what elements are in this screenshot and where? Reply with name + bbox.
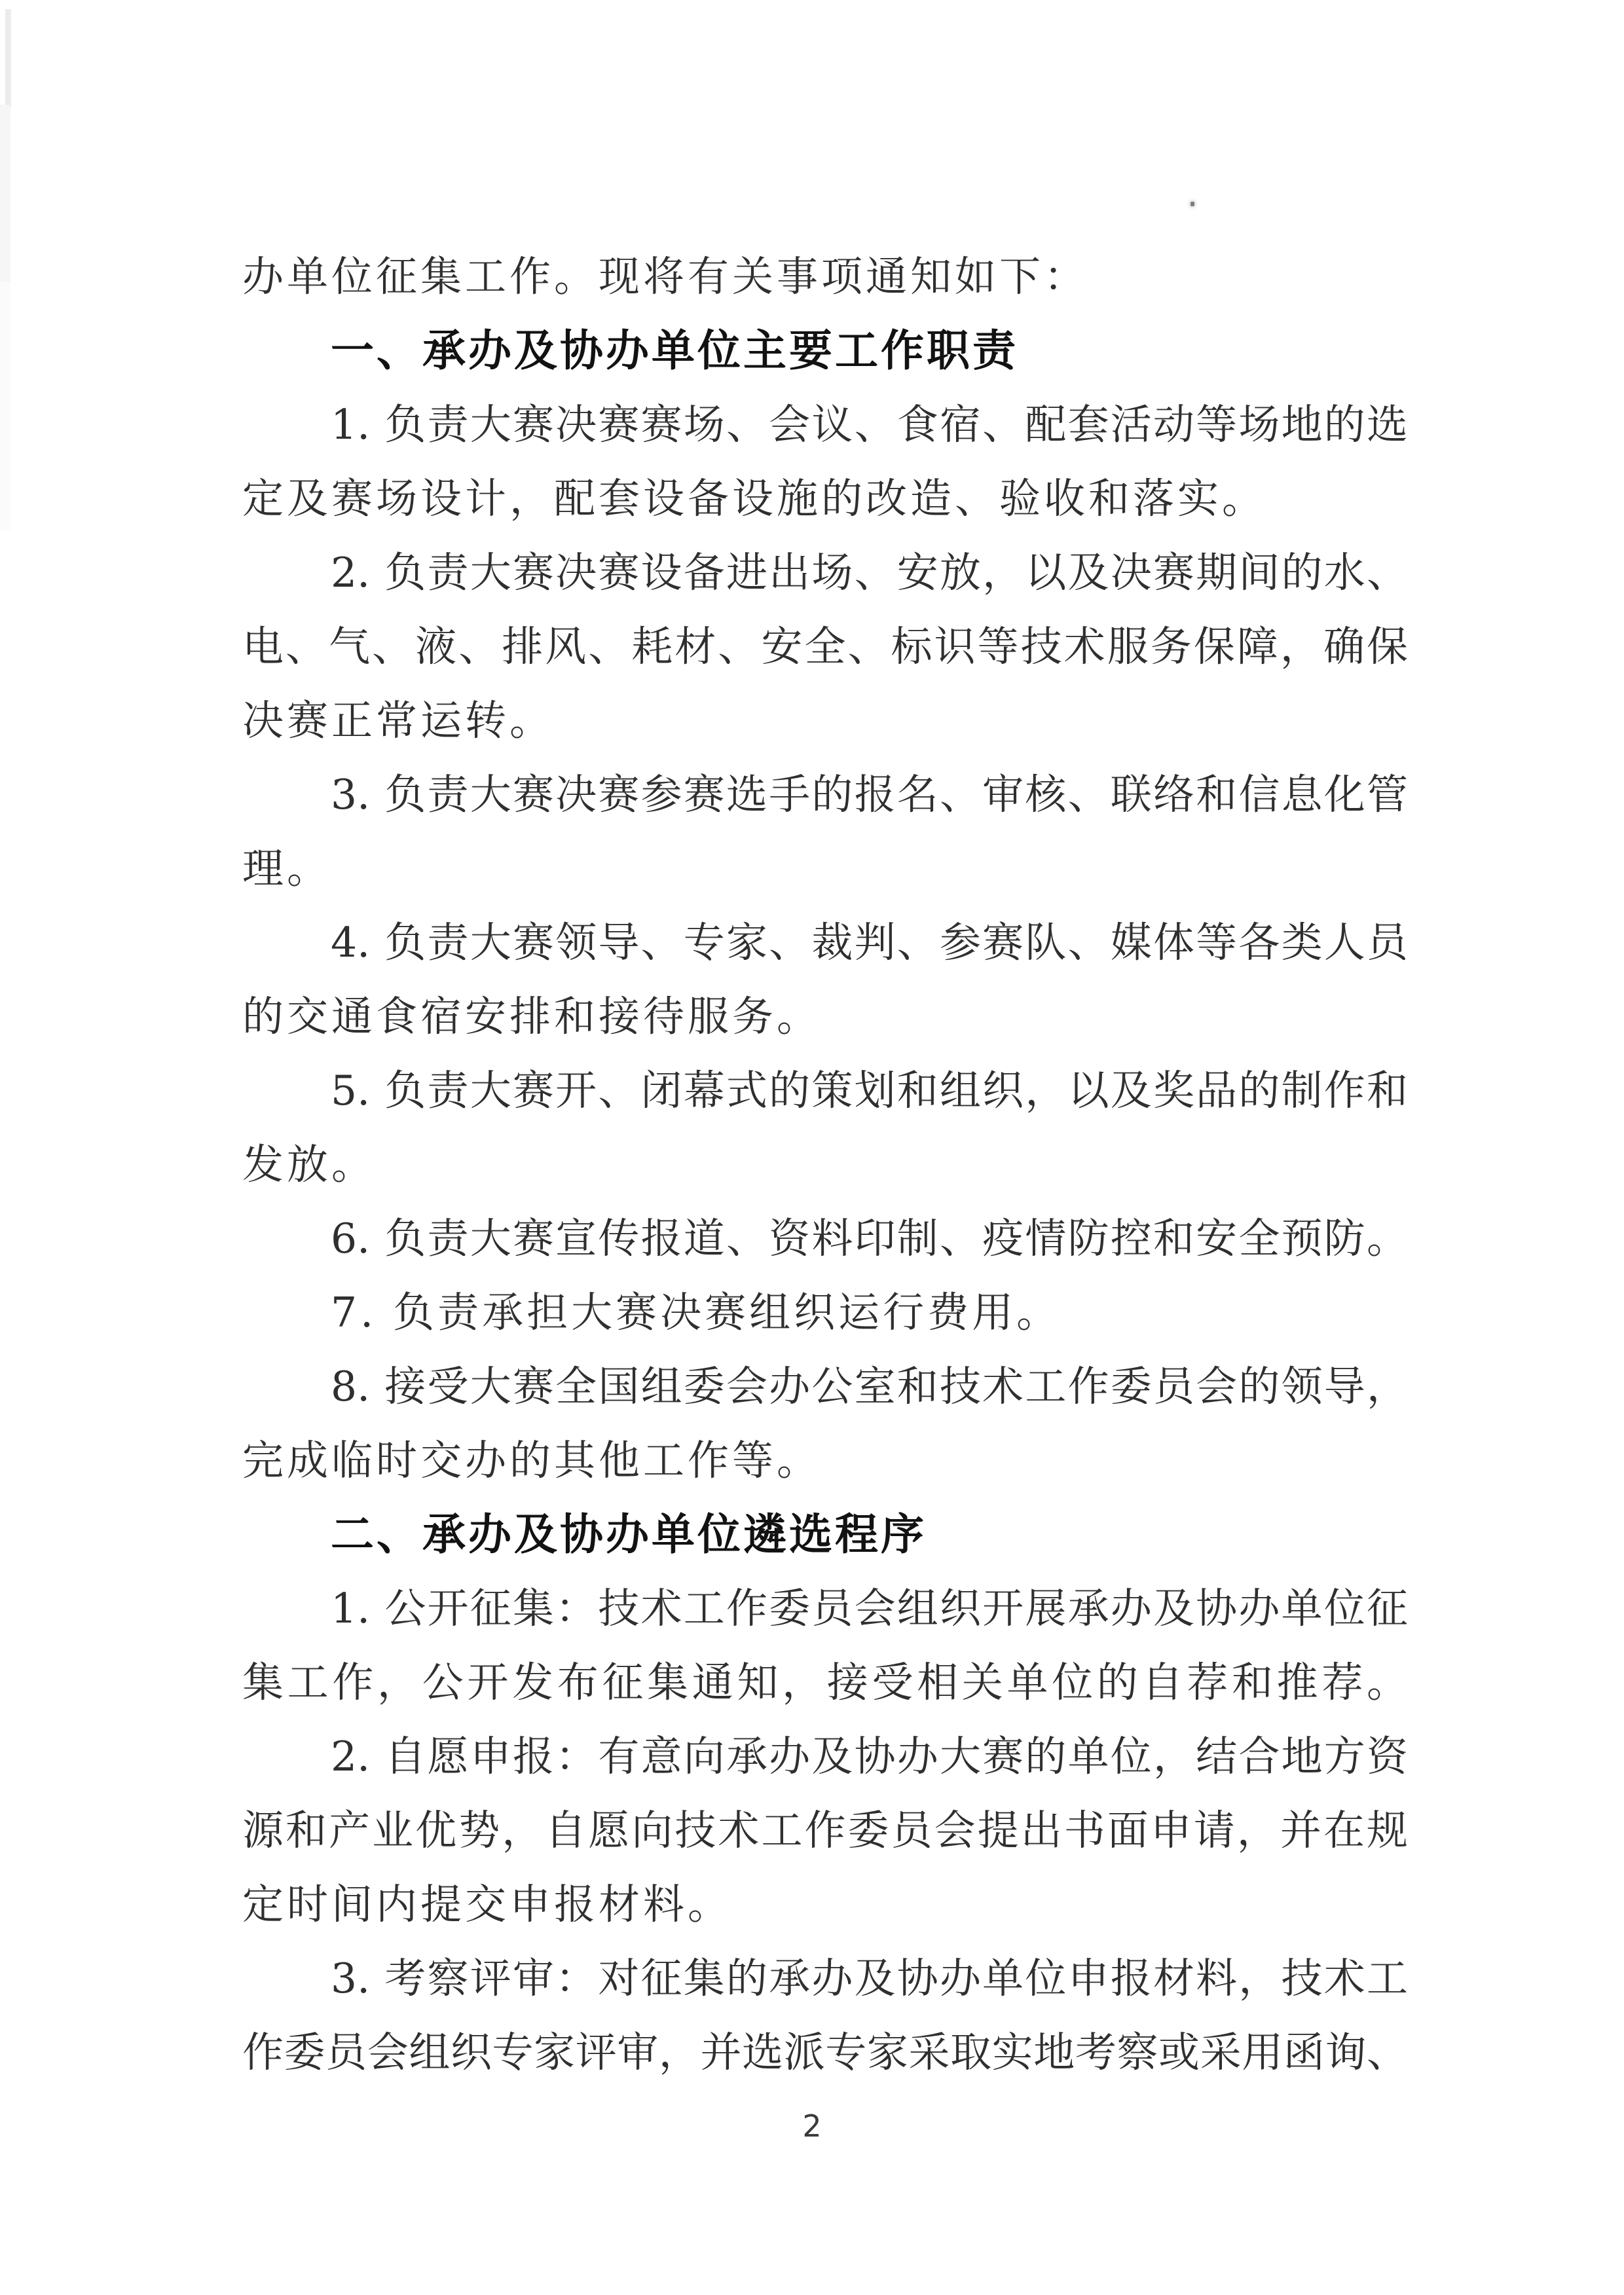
text-line: 理。 — [242, 832, 1408, 906]
text-line: 1. 公开征集：技术工作委员会组织开展承办及协办单位征 — [242, 1571, 1408, 1645]
text-line: 2. 自愿申报：有意向承办及协办大赛的单位，结合地方资 — [242, 1719, 1408, 1793]
text-line: 定及赛场设计，配套设备设施的改造、验收和落实。 — [242, 462, 1408, 536]
section-heading-1: 一、承办及协办单位主要工作职责 — [242, 314, 1408, 388]
text-line: 决赛正常运转。 — [242, 684, 1408, 758]
text-line: 完成临时交办的其他工作等。 — [242, 1423, 1408, 1497]
text-line: 办单位征集工作。现将有关事项通知如下： — [242, 240, 1408, 314]
text-line: 2. 负责大赛决赛设备进出场、安放，以及决赛期间的水、 — [242, 536, 1408, 610]
text-line: 发放。 — [242, 1128, 1408, 1202]
text-line: 5. 负责大赛开、闭幕式的策划和组织，以及奖品的制作和 — [242, 1054, 1408, 1128]
text-line: 4. 负责大赛领导、专家、裁判、参赛队、媒体等各类人员 — [242, 906, 1408, 980]
text-line: 的交通食宿安排和接待服务。 — [242, 980, 1408, 1054]
text-line: 3. 负责大赛决赛参赛选手的报名、审核、联络和信息化管 — [242, 758, 1408, 832]
ink-speck — [1190, 202, 1194, 206]
document-page: 办单位征集工作。现将有关事项通知如下： 一、承办及协办单位主要工作职责 1. 负… — [0, 0, 1624, 2295]
text-line: 3. 考察评审：对征集的承办及协办单位申报材料，技术工 — [242, 1941, 1408, 2015]
page-number: 2 — [0, 2108, 1624, 2144]
scan-artifact-strip-light — [0, 105, 10, 282]
text-line: 电、气、液、排风、耗材、安全、标识等技术服务保障，确保 — [242, 610, 1408, 684]
text-line: 1. 负责大赛决赛赛场、会议、食宿、配套活动等场地的选 — [242, 388, 1408, 462]
section-heading-2: 二、承办及协办单位遴选程序 — [242, 1497, 1408, 1571]
text-line: 定时间内提交申报材料。 — [242, 1867, 1408, 1941]
document-body: 办单位征集工作。现将有关事项通知如下： 一、承办及协办单位主要工作职责 1. 负… — [242, 240, 1408, 2089]
scan-artifact-strip-dark — [5, 9, 11, 107]
text-line: 源和产业优势，自愿向技术工作委员会提出书面申请，并在规 — [242, 1793, 1408, 1867]
text-line: 7. 负责承担大赛决赛组织运行费用。 — [242, 1276, 1408, 1349]
text-line: 作委员会组织专家评审，并选派专家采取实地考察或采用函询、 — [242, 2015, 1408, 2089]
text-line: 8. 接受大赛全国组委会办公室和技术工作委员会的领导， — [242, 1349, 1408, 1423]
text-line: 集工作，公开发布征集通知，接受相关单位的自荐和推荐。 — [242, 1645, 1408, 1719]
scan-artifact-strip-faint — [0, 282, 10, 530]
text-line: 6. 负责大赛宣传报道、资料印制、疫情防控和安全预防。 — [242, 1202, 1408, 1276]
